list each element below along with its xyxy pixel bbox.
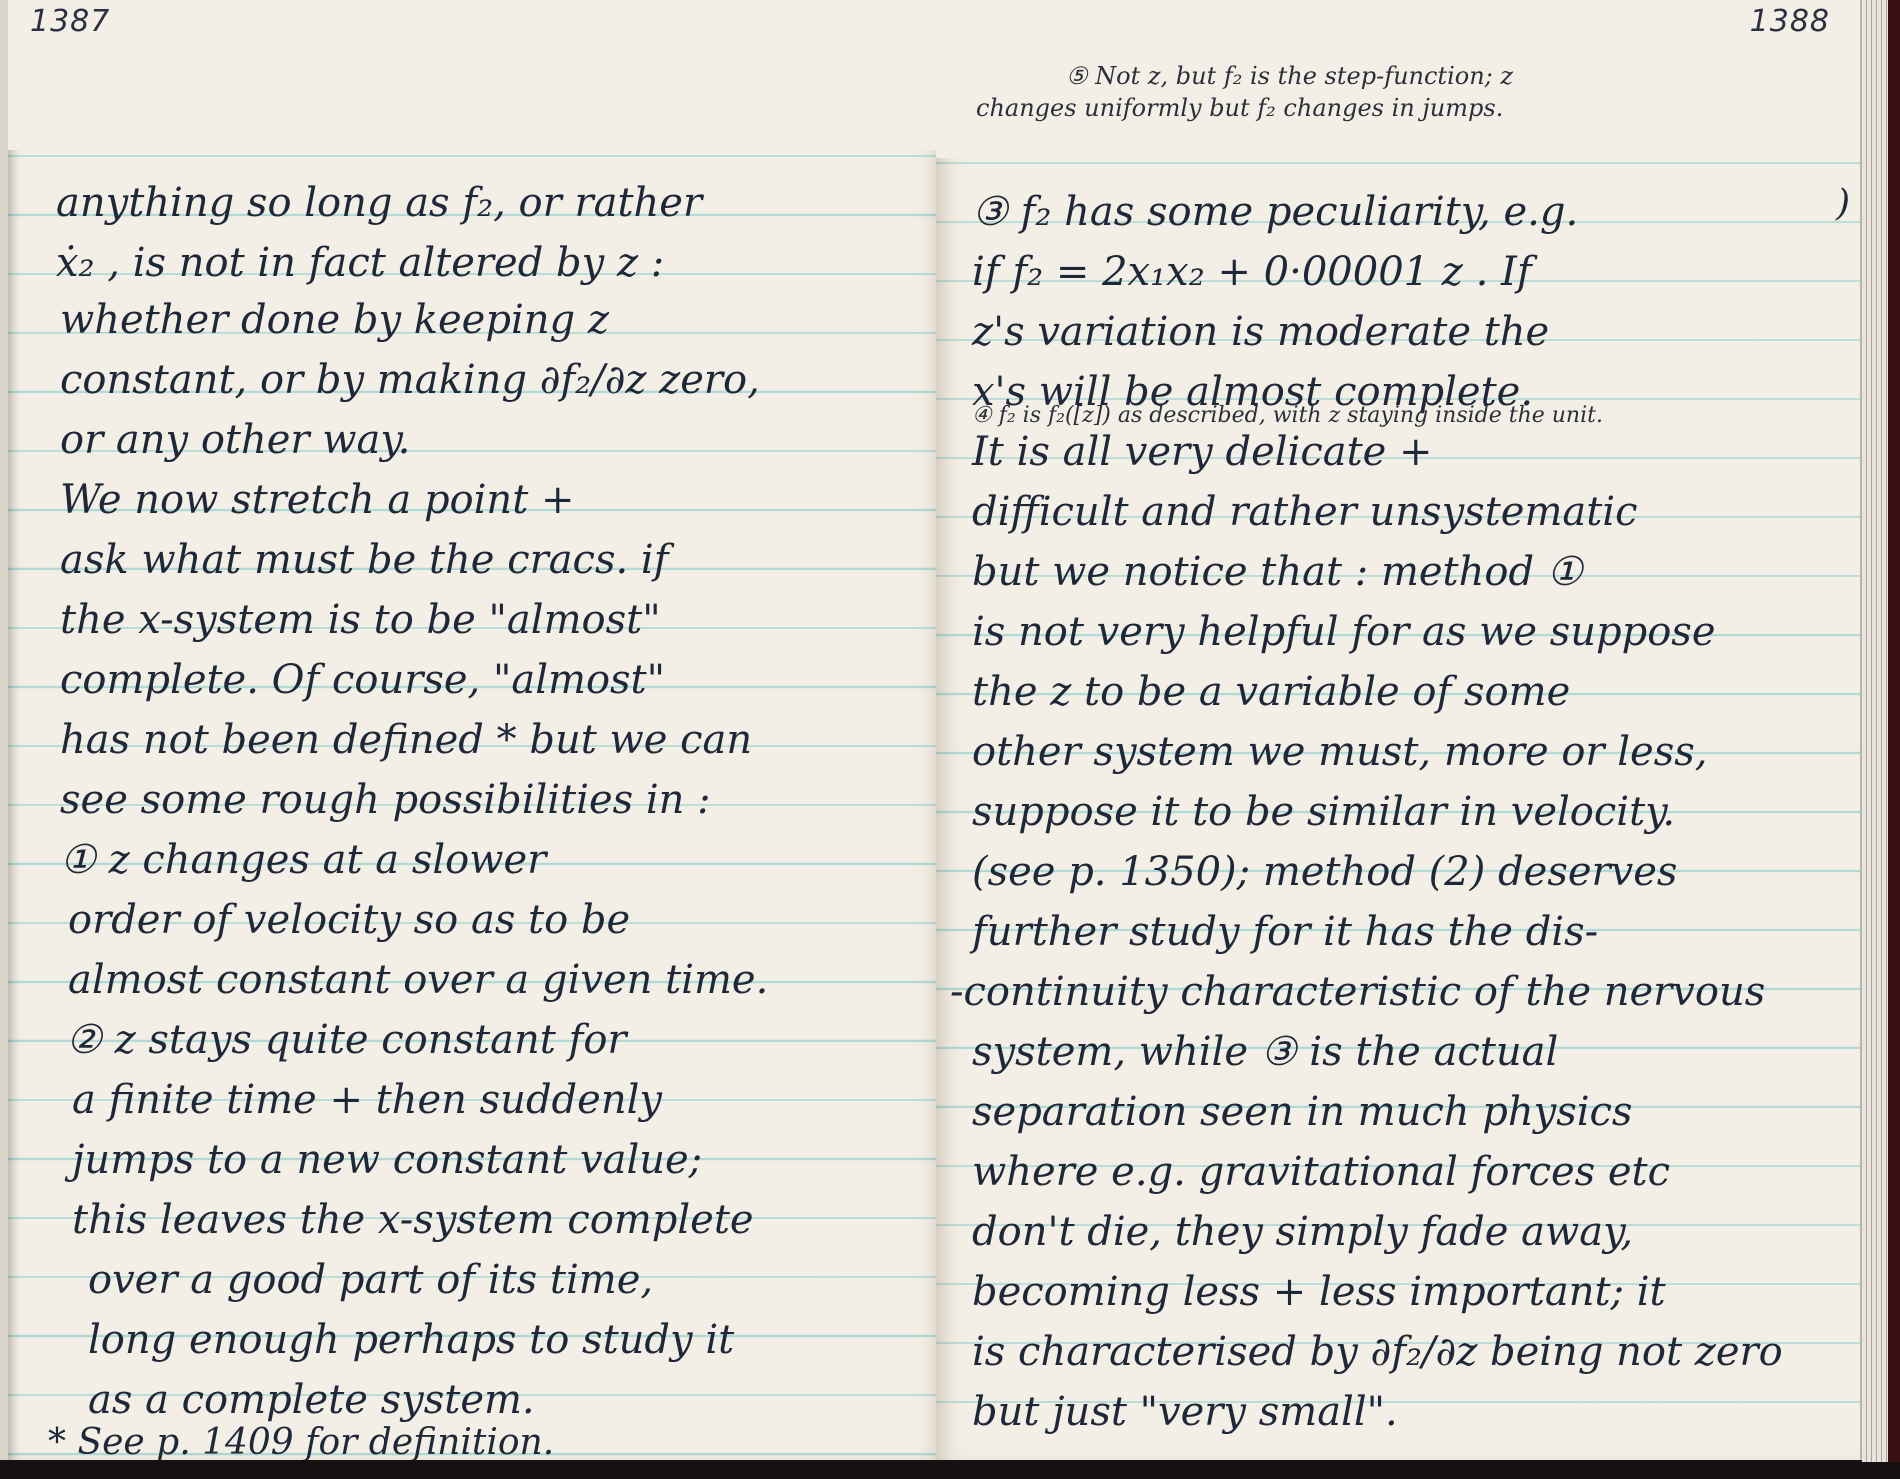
footnote: * See p. 1409 for definition. — [48, 1425, 554, 1460]
text-line: separation seen in much physics — [972, 1092, 1632, 1132]
text-line: but just "very small". — [972, 1392, 1398, 1432]
text-line: or any other way. — [60, 420, 410, 460]
text-line: jumps to a new constant value; — [72, 1140, 702, 1180]
margin-note-5-line2: changes uniformly but f₂ changes in jump… — [976, 94, 1503, 122]
text-line: becoming less + less important; it — [972, 1272, 1666, 1312]
text-line: if f₂ = 2x₁x₂ + 0·00001 z . If — [972, 252, 1532, 292]
text-line: difficult and rather unsystematic — [972, 492, 1638, 532]
text-line: this leaves the x-system complete — [72, 1200, 754, 1240]
text-line: the x-system is to be "almost" — [60, 600, 661, 640]
text-line: don't die, they simply fade away, — [972, 1212, 1633, 1252]
right-page-number: 1388 — [1750, 4, 1830, 39]
text-line: -continuity characteristic of the nervou… — [950, 972, 1765, 1012]
text-line: almost constant over a given time. — [68, 960, 768, 1000]
text-line: is characterised by ∂f₂/∂z being not zer… — [972, 1332, 1783, 1372]
text-line: (see p. 1350); method (2) deserves — [972, 852, 1677, 892]
text-line: a finite time + then suddenly — [72, 1080, 662, 1120]
margin-note-5-line1: ⑤ Not z, but f₂ is the step-function; z — [1066, 62, 1513, 90]
text-line: over a good part of its time, — [88, 1260, 653, 1300]
text-line: where e.g. gravitational forces etc — [972, 1152, 1670, 1192]
notebook-cover — [1888, 0, 1900, 1479]
text-line: We now stretch a point + — [60, 480, 575, 520]
text-line: is not very helpful for as we suppose — [972, 612, 1716, 652]
text-line: as a complete system. — [88, 1380, 535, 1420]
left-page: 1387 anything so long as f₂, or rather ẋ… — [0, 0, 944, 1460]
text-line: It is all very delicate + — [972, 432, 1433, 472]
text-line: suppose it to be similar in velocity. — [972, 792, 1675, 832]
text-line: order of velocity so as to be — [68, 900, 630, 940]
text-line: further study for it has the dis- — [972, 912, 1598, 952]
text-line: has not been defined * but we can — [60, 720, 752, 760]
list-item-2: ② z stays quite constant for — [66, 1020, 627, 1060]
left-page-header-area — [8, 0, 944, 150]
text-line: ask what must be the cracs. if — [60, 540, 669, 580]
notebook-bottom-edge — [0, 1462, 1900, 1479]
text-line: the z to be a variable of some — [972, 672, 1570, 712]
page-stack-edges — [1862, 0, 1888, 1468]
text-line: whether done by keeping z — [60, 300, 609, 340]
text-line: but we notice that : method ① — [972, 552, 1583, 592]
text-line: anything so long as f₂, or rather — [56, 183, 702, 223]
text-line: long enough perhaps to study it — [88, 1320, 734, 1360]
text-line: z's variation is moderate the — [972, 312, 1549, 352]
text-line: system, while ③ is the actual — [972, 1032, 1558, 1072]
inserted-note-4: ④ f₂ is f₂([z]) as described, with z sta… — [972, 403, 1603, 428]
margin-bracket: ) — [1836, 186, 1850, 222]
text-line: complete. Of course, "almost" — [60, 660, 665, 700]
text-line: see some rough possibilities in : — [60, 780, 711, 820]
list-item-3: ③ f₂ has some peculiarity, e.g. — [972, 192, 1578, 232]
list-item-1: ① z changes at a slower — [60, 840, 546, 880]
text-line: other system we must, more or less, — [972, 732, 1708, 772]
text-line: constant, or by making ∂f₂/∂z zero, — [60, 360, 760, 400]
notebook-spread: 1387 anything so long as f₂, or rather ẋ… — [0, 0, 1900, 1479]
text-line: ẋ₂ , is not in fact altered by z : — [56, 243, 664, 283]
right-page: 1388 ⑤ Not z, but f₂ is the step-functio… — [936, 0, 1862, 1460]
left-page-number: 1387 — [30, 4, 110, 39]
